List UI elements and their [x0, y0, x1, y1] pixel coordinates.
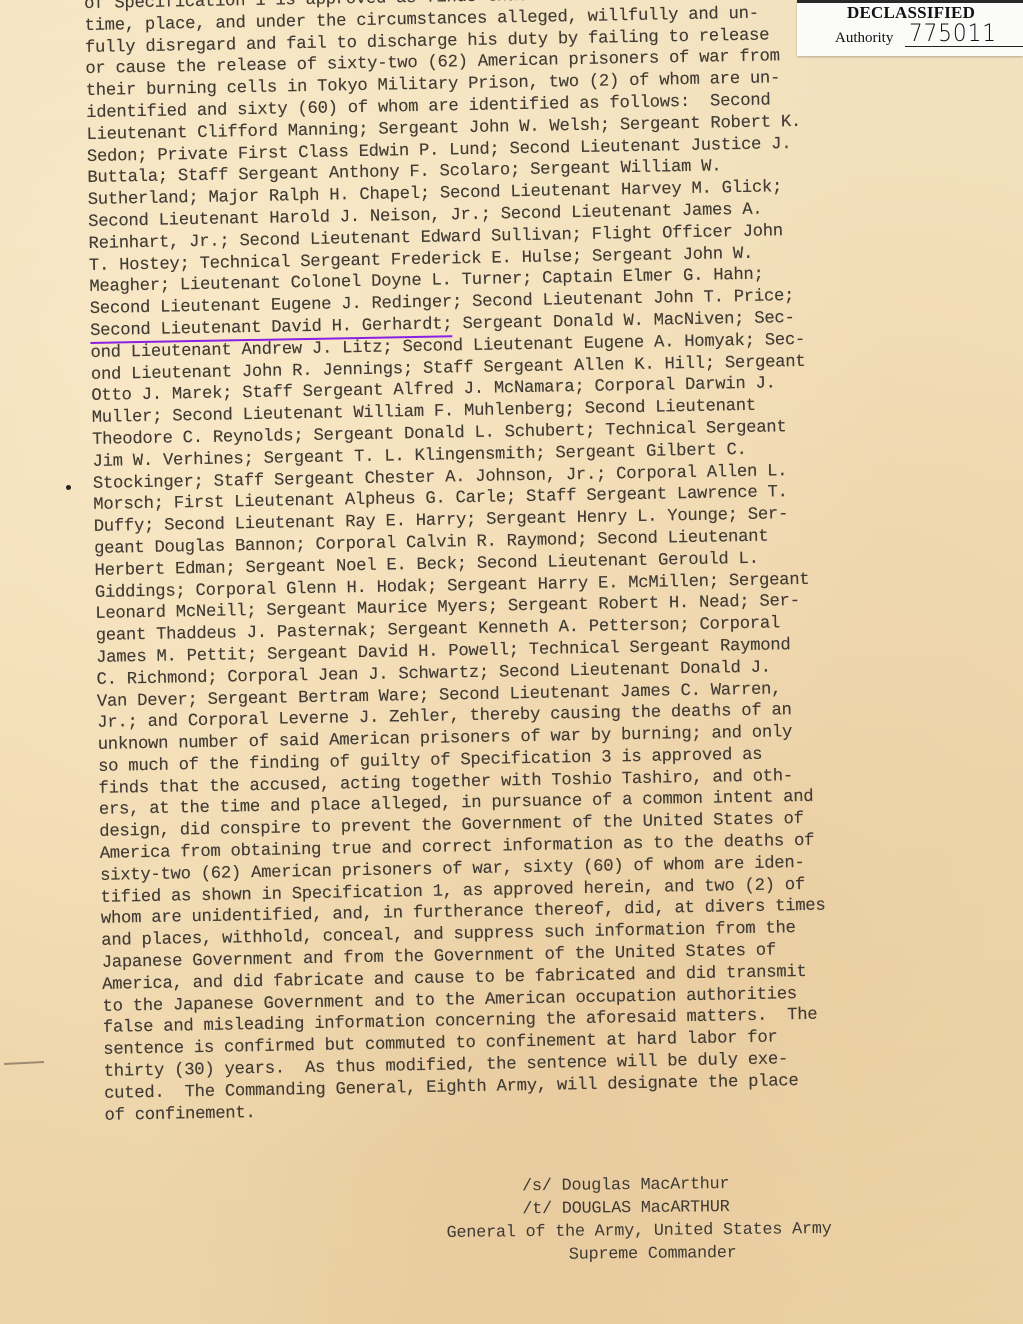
- document-page: of Specification 1 is approved as finds …: [0, 0, 1023, 1324]
- stamp-authority-underline: [905, 46, 1023, 47]
- margin-dot-mark: [66, 485, 71, 490]
- signatory-rank: General of the Army, United States Army: [446, 1218, 831, 1245]
- signature-block: /s/ Douglas MacArthur /t/ DOUGLAS MacART…: [446, 1172, 832, 1268]
- document-body: of Specification 1 is approved as finds …: [84, 0, 925, 1127]
- stamp-authority-label: Authority: [835, 30, 893, 47]
- margin-pencil-mark: [4, 1061, 44, 1065]
- signatory-title: Supreme Commander: [447, 1241, 832, 1268]
- stamp-authority-number: 775011: [909, 19, 997, 47]
- declassified-stamp: DECLASSIFIED Authority 775011: [797, 0, 1023, 56]
